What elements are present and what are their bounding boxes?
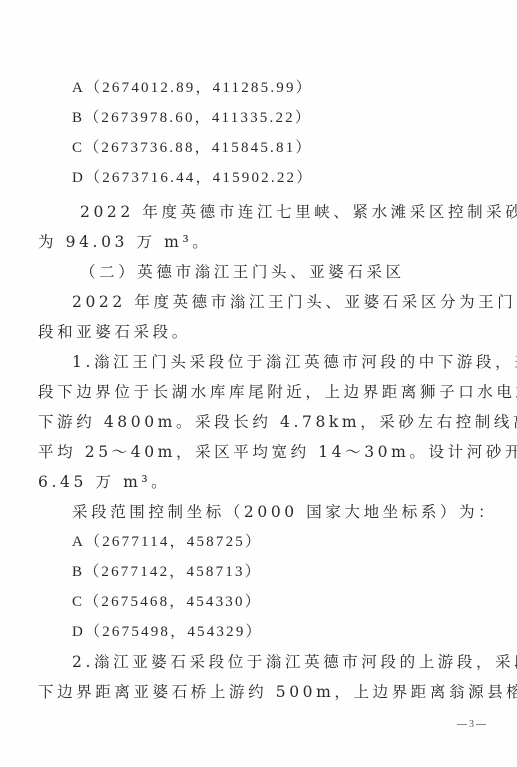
coordinate-c-group1: C（2673736.88，415845.81） (72, 133, 313, 163)
paragraph-line: 2022 年度英德市连江七里峡、紧水滩采区控制采砂量 (80, 197, 480, 227)
page-number-dash-right (476, 724, 486, 725)
page-number-dash-left (457, 724, 467, 725)
coordinate-d-group1: D（2673716.44，415902.22） (72, 163, 313, 193)
paragraph-line: 2.滃江亚婆石采段位于滃江英德市河段的上游段，采段 (72, 647, 517, 677)
coordinate-b-group2: B（2677142，458713） (72, 557, 262, 587)
paragraph-line: 下边界距离亚婆石桥上游约 500m，上边界距离翁源县榕树角 (38, 677, 517, 707)
page-number: 3 (455, 719, 488, 730)
paragraph-line: 2022 年度英德市滃江王门头、亚婆石采区分为王门头采 (72, 287, 517, 317)
coordinate-b-group1: B（2673978.60，411335.22） (72, 103, 312, 133)
paragraph-line: 为 94.03 万 m³。 (38, 227, 211, 257)
coordinate-c-group2: C（2675468，454330） (72, 587, 262, 617)
coordinate-a-group2: A（2677114，458725） (72, 527, 262, 557)
paragraph-line: 1.滃江王门头采段位于滃江英德市河段的中下游段，采 (72, 347, 517, 377)
page-number-value: 3 (469, 719, 474, 730)
paragraph-line: 下游约 4800m。采段长约 4.78km，采砂左右控制线离左右岸 (38, 407, 517, 437)
paragraph-line: 平均 25～40m，采区平均宽约 14～30m。设计河砂开采量为 1 (38, 437, 517, 467)
coordinates-intro: 采段范围控制坐标（2000 国家大地坐标系）为： (72, 497, 497, 527)
paragraph-line: 段下边界位于长湖水库库尾附近，上边界距离狮子口水电站 (38, 377, 517, 407)
paragraph-line: 段和亚婆石采段。 (38, 317, 191, 347)
coordinate-d-group2: D（2675498，454329） (72, 617, 263, 647)
coordinate-a-group1: A（2674012.89，411285.99） (72, 73, 313, 103)
paragraph-line: 6.45 万 m³。 (38, 467, 170, 497)
section-heading: （二）英德市滃江王门头、亚婆石采区 (80, 257, 405, 287)
